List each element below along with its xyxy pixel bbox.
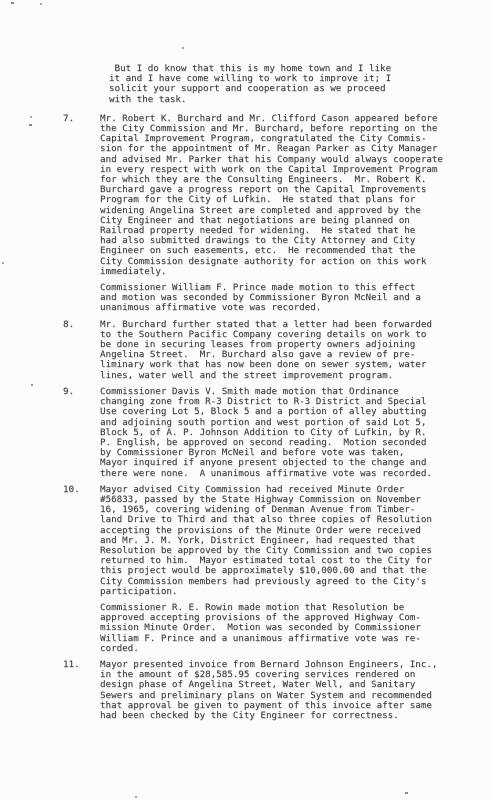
item-paragraph: Mayor presented invoice from Bernard Joh… [100,660,463,721]
scan-speck [2,262,4,264]
scan-speck [40,3,42,5]
scan-speck [11,2,14,4]
item-paragraph: Commissioner R. E. Rowin made motion tha… [100,603,463,654]
minutes-item: 10.Mayor advised City Commission had rec… [63,485,463,654]
item-number: 8. [63,320,100,381]
scan-speck [31,384,33,386]
carryover-paragraph: But I do know that this is my home town … [109,64,463,105]
item-paragraph: Mayor advised City Commission had receiv… [100,485,463,597]
scanned-minutes-page: But I do know that this is my home town … [0,0,491,800]
scan-speck [135,796,137,798]
item-paragraph: Commissioner Davis V. Smith made motion … [100,387,463,479]
item-text: Commissioner Davis V. Smith made motion … [100,387,463,479]
item-text: Mayor presented invoice from Bernard Joh… [100,660,463,721]
item-paragraph: Mr. Robert K. Burchard and Mr. Clifford … [100,114,463,277]
minutes-item-list: 7.Mr. Robert K. Burchard and Mr. Cliffor… [63,114,463,721]
item-text: Mr. Burchard further stated that a lette… [100,320,463,381]
scan-speck [182,47,184,49]
scan-speck [30,116,32,118]
item-number: 7. [63,114,100,314]
scan-speck [405,792,408,794]
minutes-item: 7.Mr. Robert K. Burchard and Mr. Cliffor… [63,114,463,314]
item-text: Mayor advised City Commission had receiv… [100,485,463,654]
item-text: Mr. Robert K. Burchard and Mr. Clifford … [100,114,463,314]
page-content: But I do know that this is my home town … [63,64,463,727]
item-number: 9. [63,387,100,479]
minutes-item: 11.Mayor presented invoice from Bernard … [63,660,463,721]
item-paragraph: Mr. Burchard further stated that a lette… [100,320,463,381]
item-number: 10. [63,485,100,654]
minutes-item: 9.Commissioner Davis V. Smith made motio… [63,387,463,479]
item-number: 11. [63,660,100,721]
scan-speck [29,124,32,126]
minutes-item: 8.Mr. Burchard further stated that a let… [63,320,463,381]
item-paragraph: Commissioner William F. Prince made moti… [100,283,463,314]
